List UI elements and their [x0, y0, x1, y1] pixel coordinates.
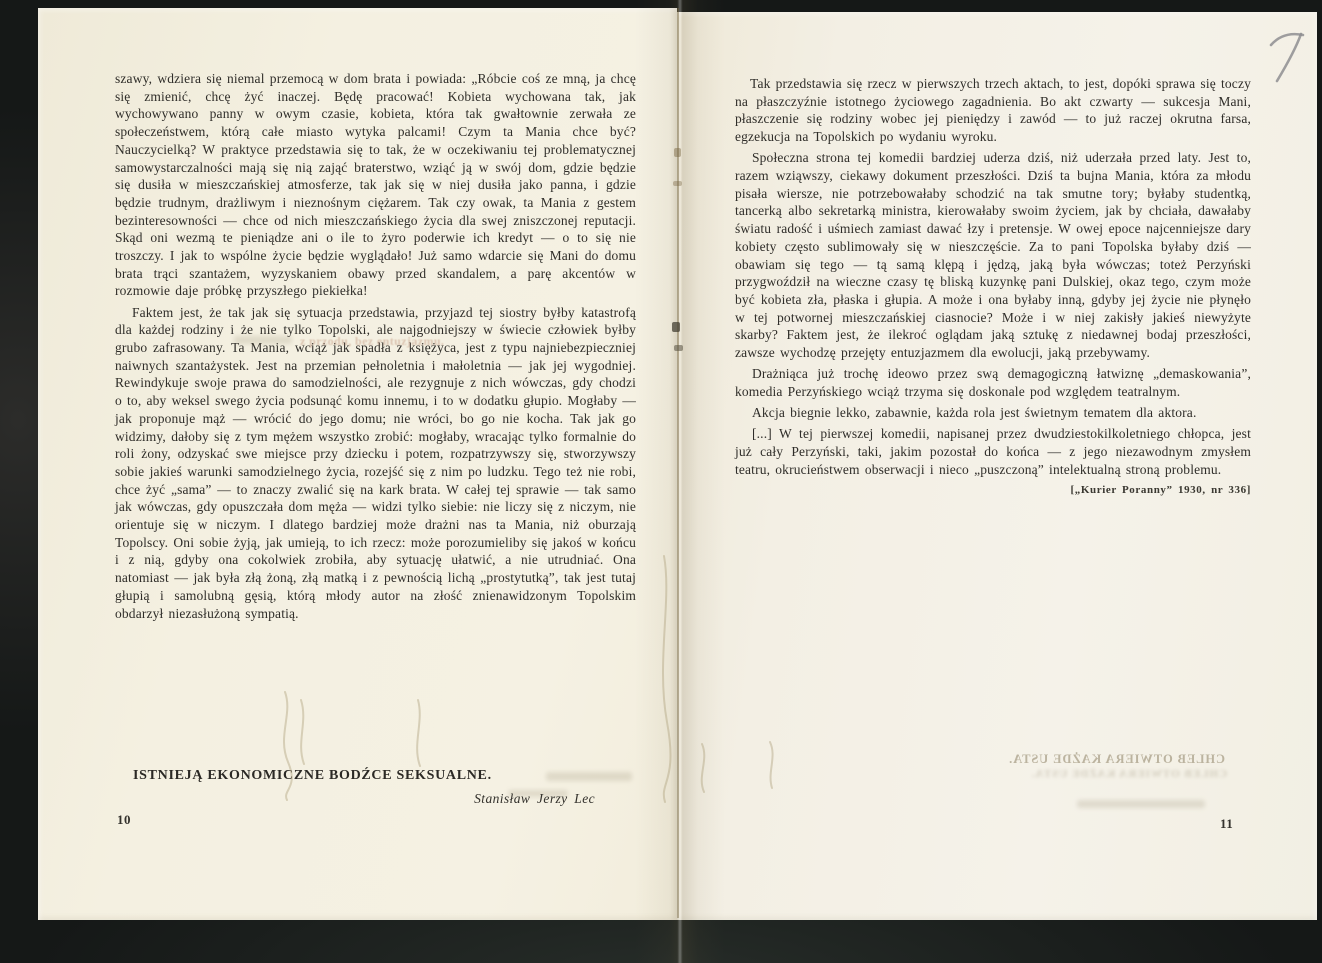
- body-paragraph: szawy, wdziera się niemal przemocą w dom…: [115, 70, 636, 300]
- left-page-text-column: szawy, wdziera się niemal przemocą w dom…: [115, 70, 636, 622]
- body-paragraph: Akcja biegnie lekko, zabawnie, każda rol…: [735, 404, 1251, 422]
- press-citation: [„Kurier Poranny” 1930, nr 336]: [735, 482, 1251, 500]
- page-number-left: 10: [117, 812, 131, 828]
- handwritten-note-7: [1269, 26, 1309, 84]
- body-paragraph: Społeczna strona tej komedii bardziej ud…: [735, 149, 1251, 361]
- ghost-bleed-heading-right: CHLEB OTWIERA KAŻDE USTA.: [975, 752, 1225, 767]
- body-paragraph: Faktem jest, że tak jak się sytuacja prz…: [115, 304, 636, 623]
- body-paragraph: Drażniąca już trochę ideowo przez swą de…: [735, 365, 1251, 400]
- book-scan-photo: szawy, wdziera się niemal przemocą w dom…: [0, 0, 1322, 963]
- body-paragraph: Tak przedstawia się rzecz w pierwszych t…: [735, 75, 1251, 146]
- body-paragraph: [...] W tej pierwszej komedii, napisanej…: [735, 425, 1251, 478]
- section-heading: ISTNIEJĄ EKONOMICZNE BODŹCE SEKSUALNE.: [133, 768, 595, 784]
- page-number-right: 11: [1220, 816, 1233, 832]
- ghost-bleed-line-right: CHLEB OTWIERA KAŻDE USTA.: [957, 768, 1227, 780]
- pencil-seven-icon: [1269, 26, 1309, 84]
- left-page-footer: ISTNIEJĄ EKONOMICZNE BODŹCE SEKSUALNE. S…: [133, 768, 595, 807]
- right-page-text-column: Tak przedstawia się rzecz w pierwszych t…: [735, 75, 1251, 500]
- page-left: szawy, wdziera się niemal przemocą w dom…: [38, 8, 677, 920]
- page-right: Tak przedstawia się rzecz w pierwszych t…: [677, 12, 1317, 920]
- ghost-smudge: [1077, 800, 1205, 808]
- author-attribution: Stanisław Jerzy Lec: [133, 791, 595, 807]
